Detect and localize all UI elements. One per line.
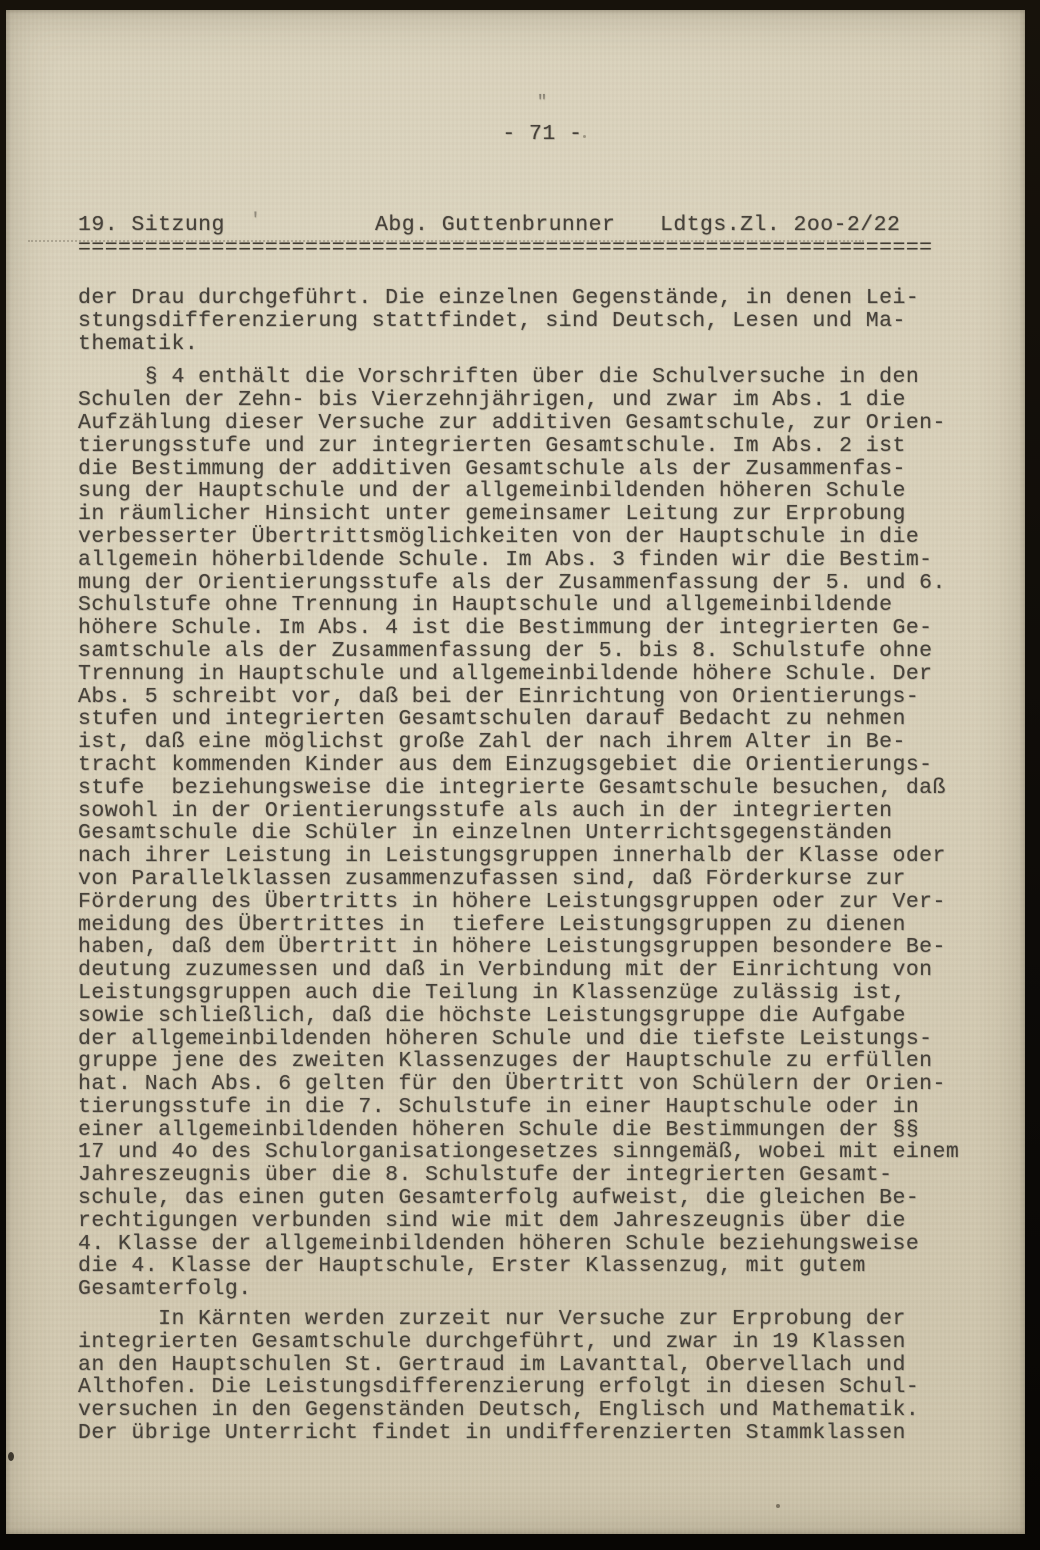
header-speaker-label: Abg. Guttenbrunner xyxy=(375,214,615,237)
page-number: - 71 - " xyxy=(78,100,984,192)
paper-speck xyxy=(583,135,586,138)
paper-speck xyxy=(8,1452,14,1461)
page-number-text: - 71 - xyxy=(502,122,582,146)
body-paragraph-3: In Kärnten werden zurzeit nur Versuche z… xyxy=(78,1308,984,1445)
page-number-stray-mark: " xyxy=(537,91,548,114)
header-stray-mark: ' xyxy=(250,210,261,233)
body-paragraph-1: der Drau durchgeführt. Die einzelnen Geg… xyxy=(78,287,984,355)
page-content: - 71 - " 19. Sitzung ' Abg. Guttenbrunne… xyxy=(78,100,984,1445)
paper-sheet: - 71 - " 19. Sitzung ' Abg. Guttenbrunne… xyxy=(6,10,1025,1534)
header-underline-divider: ========================================… xyxy=(78,237,984,260)
scanned-document: - 71 - " 19. Sitzung ' Abg. Guttenbrunne… xyxy=(0,0,1040,1550)
document-header: 19. Sitzung ' Abg. Guttenbrunner Ldtgs.Z… xyxy=(78,214,984,237)
header-reference-number: Ldtgs.Zl. 2oo-2/22 xyxy=(660,214,900,237)
header-session-label: 19. Sitzung xyxy=(78,214,225,237)
paper-speck xyxy=(776,1504,780,1508)
body-paragraph-2: § 4 enthält die Vorschriften über die Sc… xyxy=(78,366,984,1301)
